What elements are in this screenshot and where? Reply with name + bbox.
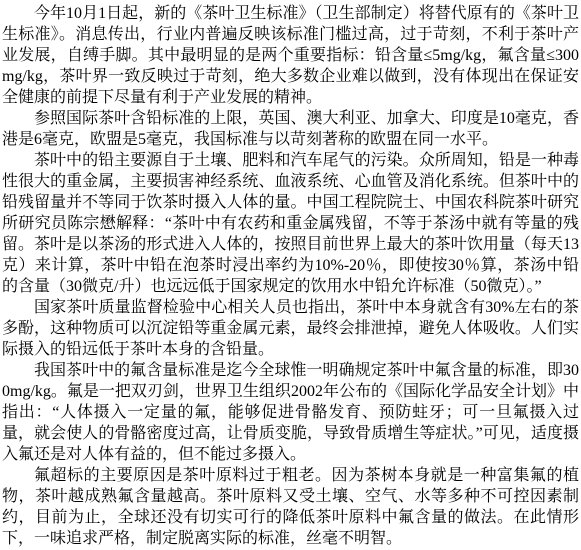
paragraph-tea-polyphenol-absorption: 国家茶叶质量监督检验中心相关人员也指出，茶叶中本身就含有30%左右的茶多酚，这种… (2, 297, 579, 360)
paragraph-fluoride-excess-causes: 氟超标的主要原因是茶叶原料过于粗老。因为茶树本身就是一种富集氟的植物，茶叶越成熟… (2, 465, 579, 549)
article-body: 今年10月1日起，新的《茶叶卫生标准》（卫生部制定）将替代原有的《茶叶卫生标准》… (0, 0, 581, 550)
paragraph-lead-sources-expert-quote: 茶叶中的铅主要源自于土壤、肥料和汽车尾气的污染。众所周知，铅是一种毒性很大的重金… (2, 150, 579, 297)
paragraph-fluoride-standard-who: 我国茶叶中的氟含量标准是迄今全球惟一明确规定茶叶中氟含量的标准，即300mg/k… (2, 360, 579, 465)
paragraph-intro-new-standard: 今年10月1日起，新的《茶叶卫生标准》（卫生部制定）将替代原有的《茶叶卫生标准》… (2, 3, 579, 108)
paragraph-international-lead-limits: 参照国际茶叶含铅标准的上限，英国、澳大利亚、加拿大、印度是10毫克，香港是6毫克… (2, 108, 579, 150)
